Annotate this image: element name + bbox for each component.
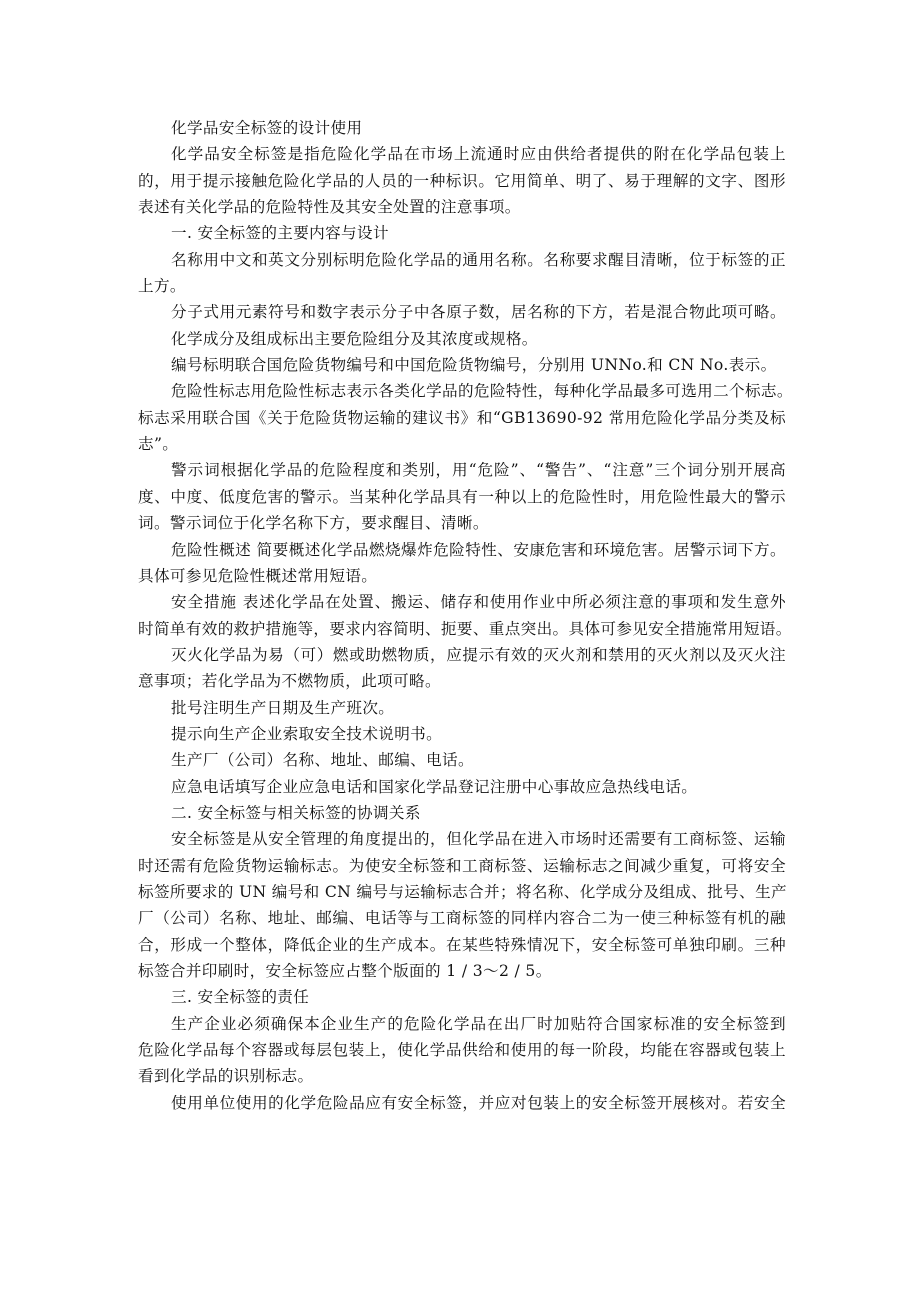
paragraph-line: 化学品安全标签是指危险化学品在市场上流通时应由供给者提供的附在化学品包装上 — [138, 141, 786, 167]
paragraph-line: 标签合并印刷时，安全标签应占整个版面的 1 / 3～2 / 5。 — [138, 958, 786, 984]
paragraph-line: 的，用于提示接触危险化学品的人员的一种标识。它用简单、明了、易于理解的文字、图形 — [138, 168, 786, 194]
section-heading-2: 二. 安全标签与相关标签的协调关系 — [138, 800, 786, 826]
paragraph-line: 时简单有效的救护措施等，要求内容简明、扼要、重点突出。具体可参见安全措施常用短语… — [138, 616, 786, 642]
paragraph-line: 化学成分及组成标出主要危险组分及其浓度或规格。 — [138, 326, 786, 352]
paragraph-line: 警示词根据化学品的危险程度和类别，用“危险”、“警告”、“注意”三个词分别开展高 — [138, 457, 786, 483]
paragraph-line: 危险性标志用危险性标志表示各类化学品的危险特性，每种化学品最多可选用二个标志。 — [138, 378, 786, 404]
paragraph-line: 分子式用元素符号和数字表示分子中各原子数，居名称的下方，若是混合物此项可略。 — [138, 299, 786, 325]
section-heading-1: 一. 安全标签的主要内容与设计 — [138, 220, 786, 246]
paragraph-line: 使用单位使用的化学危险品应有安全标签，并应对包装上的安全标签开展核对。若安全 — [138, 1090, 786, 1116]
paragraph-line: 危险性概述 简要概述化学品燃烧爆炸危险特性、安康危害和环境危害。居警示词下方。 — [138, 537, 786, 563]
paragraph-line: 具体可参见危险性概述常用短语。 — [138, 563, 786, 589]
paragraph-line: 应急电话填写企业应急电话和国家化学品登记注册中心事故应急热线电话。 — [138, 774, 786, 800]
paragraph-line: 合，形成一个整体，降低企业的生产成本。在某些特殊情况下，安全标签可单独印刷。三种 — [138, 932, 786, 958]
paragraph-line: 生产企业必须确保本企业生产的危险化学品在出厂时加贴符合国家标准的安全标签到 — [138, 1011, 786, 1037]
document-page: 化学品安全标签的设计使用 化学品安全标签是指危险化学品在市场上流通时应由供给者提… — [138, 115, 786, 1116]
paragraph-line: 提示向生产企业索取安全技术说明书。 — [138, 721, 786, 747]
paragraph-line: 标签所要求的 UN 编号和 CN 编号与运输标志合并；将名称、化学成分及组成、批… — [138, 879, 786, 905]
paragraph-line: 志”。 — [138, 431, 786, 457]
paragraph-line: 安全措施 表述化学品在处置、搬运、储存和使用作业中所必须注意的事项和发生意外 — [138, 589, 786, 615]
document-title: 化学品安全标签的设计使用 — [138, 115, 786, 141]
paragraph-line: 生产厂（公司）名称、地址、邮编、电话。 — [138, 747, 786, 773]
section-heading-3: 三. 安全标签的责任 — [138, 984, 786, 1010]
paragraph-line: 上方。 — [138, 273, 786, 299]
paragraph-line: 度、中度、低度危害的警示。当某种化学品具有一种以上的危险性时，用危险性最大的警示 — [138, 484, 786, 510]
paragraph-line: 编号标明联合国危险货物编号和中国危险货物编号，分别用 UNNo.和 CN No.… — [138, 352, 786, 378]
paragraph-line: 意事项；若化学品为不燃物质，此项可略。 — [138, 668, 786, 694]
paragraph-line: 看到化学品的识别标志。 — [138, 1063, 786, 1089]
paragraph-line: 安全标签是从安全管理的角度提出的，但化学品在进入市场时还需要有工商标签、运输 — [138, 826, 786, 852]
paragraph-line: 标志采用联合国《关于危险货物运输的建议书》和“GB13690-92 常用危险化学… — [138, 405, 786, 431]
paragraph-line: 厂（公司）名称、地址、邮编、电话等与工商标签的同样内容合二为一使三种标签有机的融 — [138, 905, 786, 931]
paragraph-line: 危险化学品每个容器或每层包装上，使化学品供给和使用的每一阶段，均能在容器或包装上 — [138, 1037, 786, 1063]
paragraph-line: 词。警示词位于化学名称下方，要求醒目、清晰。 — [138, 510, 786, 536]
paragraph-line: 灭火化学品为易（可）燃或助燃物质，应提示有效的灭火剂和禁用的灭火剂以及灭火注 — [138, 642, 786, 668]
paragraph-line: 表述有关化学品的危险特性及其安全处置的注意事项。 — [138, 194, 786, 220]
paragraph-line: 批号注明生产日期及生产班次。 — [138, 695, 786, 721]
paragraph-line: 名称用中文和英文分别标明危险化学品的通用名称。名称要求醒目清晰，位于标签的正 — [138, 247, 786, 273]
paragraph-line: 时还需有危险货物运输标志。为使安全标签和工商标签、运输标志之间减少重复，可将安全 — [138, 853, 786, 879]
